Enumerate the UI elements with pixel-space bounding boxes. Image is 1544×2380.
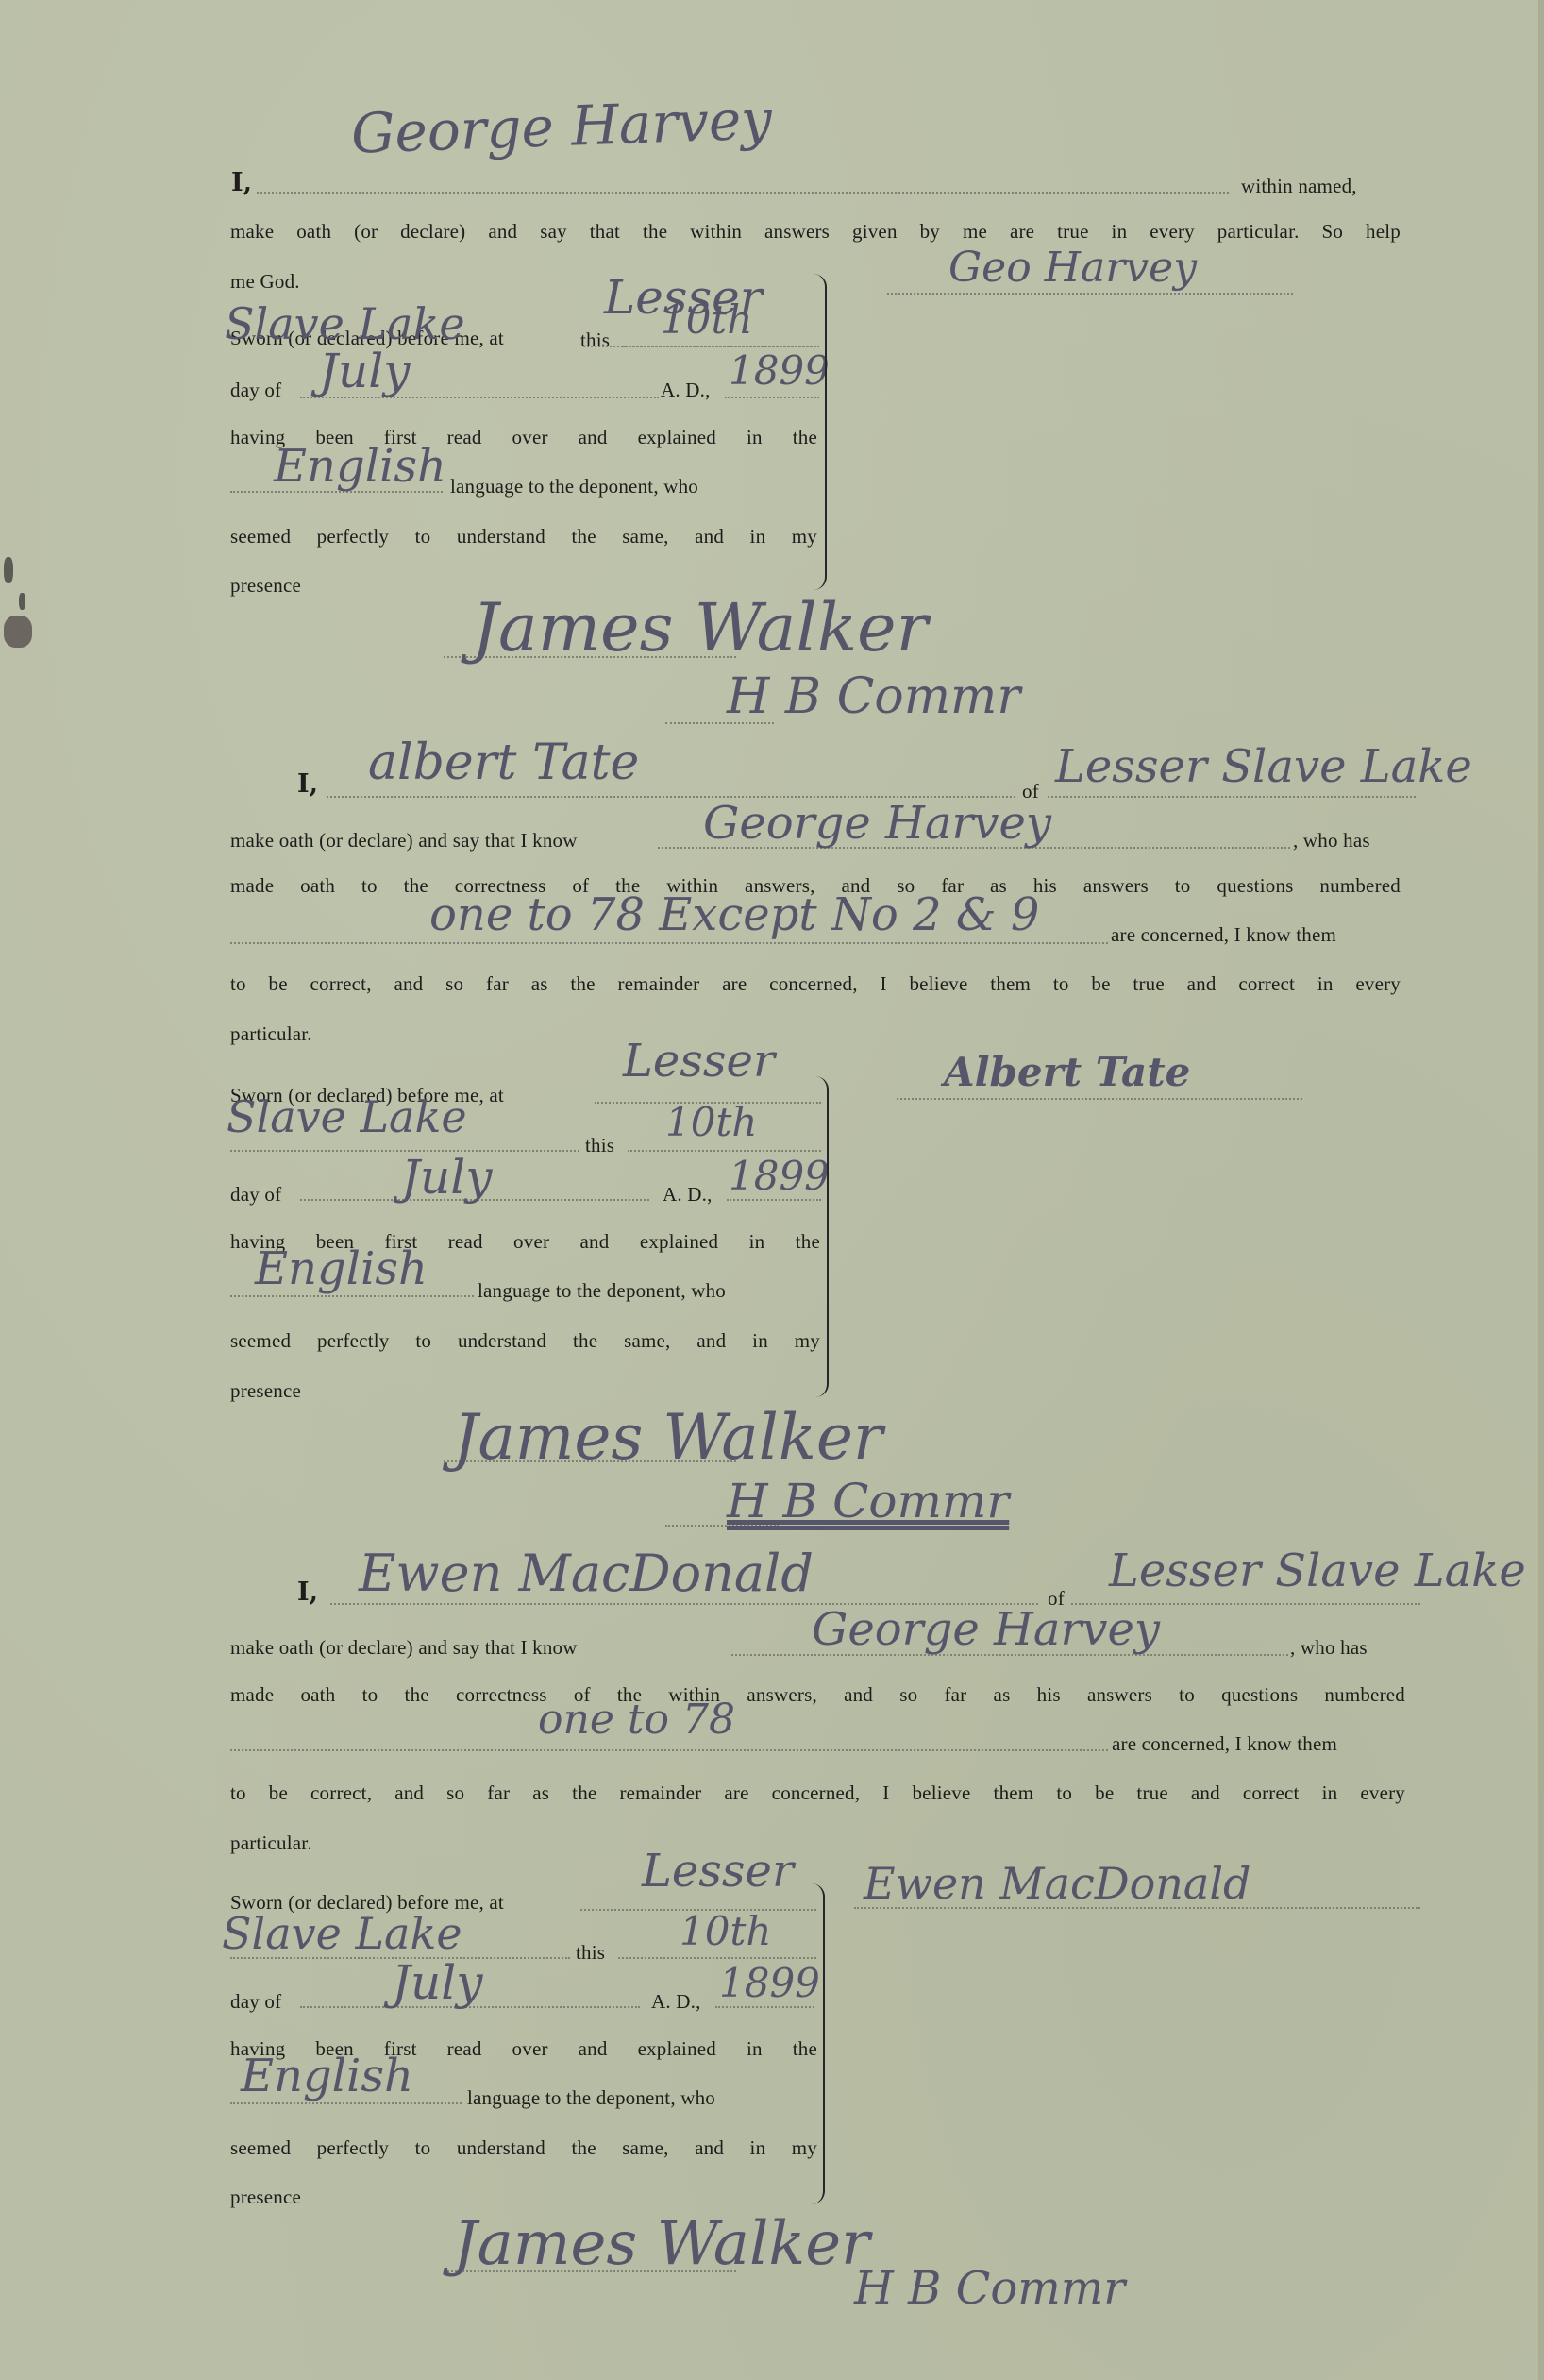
year-line: [715, 2006, 814, 2008]
oath-line: make oath (or declare) and say that the …: [230, 222, 1401, 242]
commissioner-signature: James Walker: [472, 595, 928, 661]
questions-line: [230, 942, 1108, 944]
month-value: July: [319, 347, 410, 395]
year-line: [727, 1199, 821, 1201]
understand-text: seemed perfectly to understand the same,…: [230, 527, 817, 547]
day-value: 10th: [680, 1912, 771, 1951]
this-label: this: [585, 1136, 614, 1156]
commissioner-signature: James Walker: [453, 2214, 870, 2274]
witness-signature: Ewen MacDonald: [864, 1862, 1251, 1905]
concerned-label: are concerned, I know them: [1112, 1734, 1337, 1754]
known-person: George Harvey: [812, 1607, 1160, 1652]
deponent-signature: Geo Harvey: [948, 247, 1197, 289]
language-value: English: [241, 2053, 413, 2099]
questions-value: one to 78 Except No 2 & 9: [429, 892, 1039, 937]
concerned-label: are concerned, I know them: [1111, 925, 1336, 945]
remainder-text: to be correct, and so far as the remaind…: [230, 1783, 1405, 1803]
so-help-me-god: me God.: [230, 272, 300, 292]
jurat-brace: [812, 1883, 825, 2204]
particular-label: particular.: [230, 1024, 312, 1044]
understand-line: seemed perfectly to understand the same,…: [230, 2138, 817, 2158]
ad-label: A. D.,: [663, 1185, 713, 1205]
who-has-label: , who has: [1293, 831, 1370, 851]
this-label: this: [580, 330, 610, 350]
correctness-text: made oath to the correctness of the with…: [230, 1685, 1405, 1705]
day-line: [618, 1957, 816, 1959]
witness-name: albert Tate: [368, 738, 639, 787]
day-line: [628, 1150, 821, 1152]
know-label: make oath (or declare) and say that I kn…: [230, 831, 578, 851]
know-label: make oath (or declare) and say that I kn…: [230, 1638, 578, 1658]
jurat-brace: [814, 274, 827, 590]
language-line: [230, 1295, 474, 1297]
year-value: 1899: [719, 1964, 820, 2003]
place-part2: Slave Lake: [227, 1095, 467, 1139]
questions-value: one to 78: [538, 1699, 735, 1741]
day-of-label: day of: [230, 1185, 281, 1205]
this-label: this: [576, 1943, 605, 1963]
oath-text: make oath (or declare) and say that the …: [230, 222, 1401, 242]
who-has-label: , who has: [1290, 1638, 1368, 1658]
presence-label: presence: [230, 1381, 301, 1401]
correctness-line: made oath to the correctness of the with…: [230, 1685, 1405, 1705]
month-value: July: [392, 1959, 482, 2006]
declaration-prefix: I,: [231, 170, 252, 195]
language-value: English: [274, 444, 446, 489]
language-suffix: language to the deponent, who: [467, 2088, 715, 2108]
witness-residence: Lesser Slave Lake: [1109, 1548, 1526, 1594]
deponent-name-line: [257, 192, 1229, 194]
remainder-line: to be correct, and so far as the remaind…: [230, 1783, 1405, 1803]
presence-label: presence: [230, 576, 301, 596]
witness-prefix: I,: [297, 771, 318, 797]
questions-line: [230, 1749, 1108, 1751]
language-value: English: [255, 1246, 428, 1291]
place-part1: Lesser: [642, 1848, 794, 1894]
commissioner-title: H B Commr: [727, 1477, 1009, 1525]
place-part1: Lesser: [623, 1038, 775, 1084]
residence-line: [1048, 796, 1416, 798]
witness-signature-line: [897, 1098, 1302, 1100]
understand-text: seemed perfectly to understand the same,…: [230, 2138, 817, 2158]
known-person: George Harvey: [703, 801, 1051, 846]
deponent-signature-line: [887, 293, 1293, 295]
jurat-brace: [815, 1076, 829, 1397]
year-line: [725, 397, 819, 398]
deponent-name: George Harvey: [350, 92, 773, 161]
language-suffix: language to the deponent, who: [478, 1281, 726, 1301]
remainder-text: to be correct, and so far as the remaind…: [230, 974, 1401, 994]
document-page: I, George Harvey within named, make oath…: [0, 0, 1544, 2380]
remainder-line: to be correct, and so far as the remaind…: [230, 974, 1401, 994]
commissioner-signature: James Walker: [453, 1407, 882, 1469]
presence-label: presence: [230, 2187, 301, 2207]
edge-stain: [4, 557, 42, 661]
day-of-label: day of: [230, 1992, 281, 2012]
understand-text: seemed perfectly to understand the same,…: [230, 1331, 820, 1351]
witness-name: Ewen MacDonald: [359, 1548, 814, 1599]
witness-residence: Lesser Slave Lake: [1055, 744, 1472, 789]
month-value: July: [401, 1154, 492, 1201]
place-part2: Slave Lake: [222, 1912, 462, 1955]
ad-label: A. D.,: [661, 380, 711, 400]
day-of-label: day of: [230, 380, 281, 400]
understand-line: seemed perfectly to understand the same,…: [230, 1331, 820, 1351]
particular-label: particular.: [230, 1833, 312, 1853]
witness-prefix: I,: [297, 1579, 318, 1605]
within-named-label: within named,: [1241, 177, 1357, 196]
day-value: 10th: [661, 300, 752, 340]
day-value: 10th: [665, 1103, 757, 1142]
commissioner-title: H B Commr: [727, 672, 1020, 721]
ad-label: A. D.,: [651, 1992, 701, 2012]
commissioner-title: H B Commr: [854, 2266, 1125, 2311]
place-part2: Slave Lake: [225, 302, 465, 346]
year-value: 1899: [729, 1156, 830, 1196]
language-suffix: language to the deponent, who: [450, 477, 698, 497]
language-line: [230, 2102, 462, 2104]
witness-signature: Albert Tate: [944, 1053, 1190, 1092]
understand-line: seemed perfectly to understand the same,…: [230, 527, 817, 547]
